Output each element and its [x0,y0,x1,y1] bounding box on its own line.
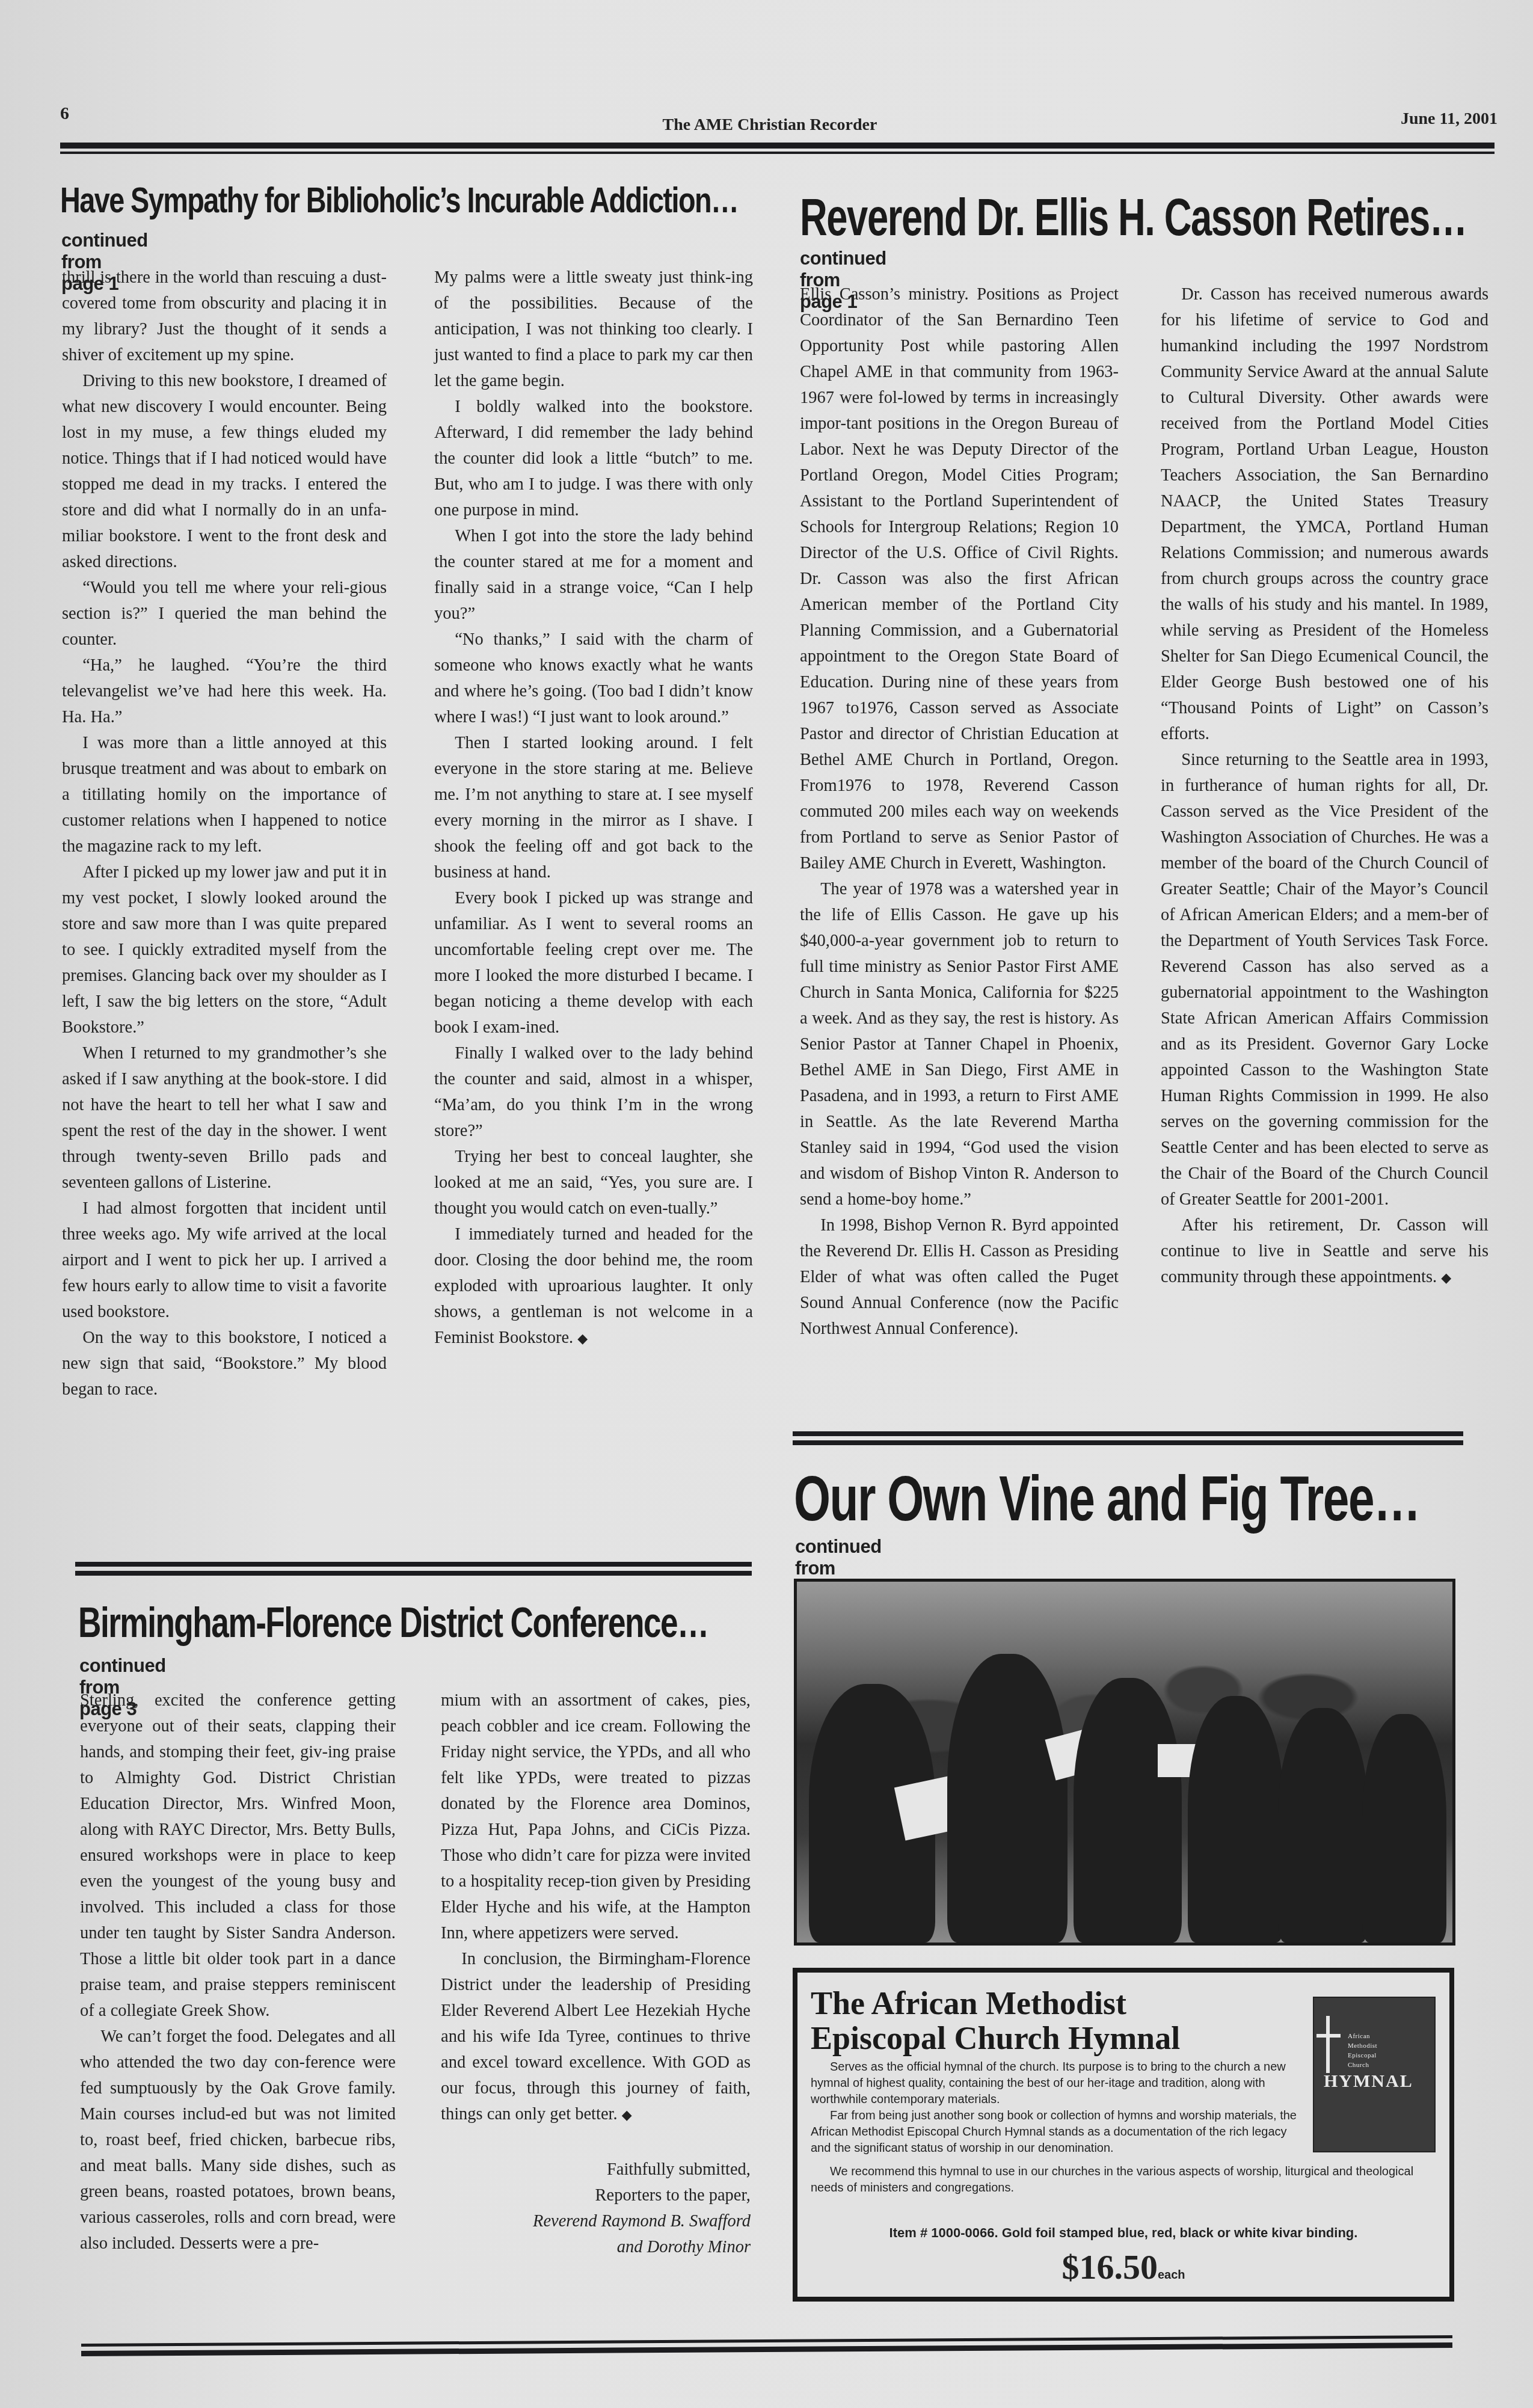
price-value: $16.50 [1061,2247,1158,2287]
paragraph: We can’t forget the food. Delegates and … [80,2024,396,2256]
section-rule-thick [793,1431,1463,1436]
ad-body: Serves as the official hymnal of the chu… [811,2059,1298,2157]
paragraph: Then I started looking around. I felt ev… [434,730,753,885]
publication-name: The AME Christian Recorder [541,115,998,135]
article-column-2: mium with an assortment of cakes, pies, … [441,1688,751,2260]
photo-figure [1188,1696,1284,1943]
paragraph: After I picked up my lower jaw and put i… [62,859,387,1040]
ad-item-details: Item # 1000-0066. Gold foil stamped blue… [797,2225,1449,2241]
page-number: 6 [60,103,69,124]
paragraph: Dr. Casson has received numerous awards … [1161,281,1488,747]
end-mark-icon: ◆ [577,1331,588,1346]
paragraph: I had almost forgotten that incident unt… [62,1196,387,1325]
paragraph: Every book I picked up was strange and u… [434,885,753,1040]
end-mark-icon: ◆ [622,2107,632,2122]
article-column-1: thrill is there in the world than rescui… [62,265,387,1402]
hymnal-advertisement: The African Methodist Episcopal Church H… [793,1968,1454,2302]
photo-figure [1074,1678,1182,1943]
section-rule-thick [75,1562,752,1567]
paragraph: “No thanks,” I said with the charm of so… [434,627,753,730]
article-column-2: Dr. Casson has received numerous awards … [1161,281,1488,1291]
price-unit: each [1158,2268,1185,2282]
cover-title: HYMNAL [1324,2071,1413,2092]
signoff-author: and Dorothy Minor [441,2234,751,2260]
cover-text: African [1348,2033,1370,2040]
paragraph: The year of 1978 was a watershed year in… [800,876,1119,1212]
article-headline: Reverend Dr. Ellis H. Casson Retires… [800,186,1467,248]
paragraph: thrill is there in the world than rescui… [62,265,387,368]
cover-text: Church [1348,2062,1369,2069]
cover-text: Episcopal [1348,2052,1377,2059]
event-photo [794,1579,1455,1946]
paragraph: I boldly walked into the bookstore. Afte… [434,394,753,523]
paragraph: I immediately turned and headed for the … [434,1225,753,1347]
paragraph: In 1998, Bishop Vernon R. Byrd appointed… [800,1212,1119,1342]
cross-icon [1316,2034,1341,2038]
paragraph: My palms were a little sweaty just think… [434,265,753,394]
paragraph: “Ha,” he laughed. “You’re the third tele… [62,653,387,730]
issue-date: June 11, 2001 [1383,109,1498,129]
ad-body: We recommend this hymnal to use in our c… [811,2164,1436,2196]
paragraph: Since returning to the Seattle area in 1… [1161,747,1488,1212]
paragraph: Finally I walked over to the lady behind… [434,1040,753,1144]
paragraph: Trying her best to conceal laughter, she… [434,1144,753,1221]
paragraph: “Would you tell me where your reli-gious… [62,575,387,653]
paragraph: In conclusion, the Birmingham-Florence D… [441,1950,751,2124]
signoff-line: Faithfully submitted, [441,2157,751,2182]
paragraph: After his retirement, Dr. Casson will co… [1161,1216,1488,1286]
header-rule-thick [60,143,1495,149]
paragraph: When I returned to my grandmother’s she … [62,1040,387,1196]
paragraph: Sterling, excited the conference getting… [80,1688,396,2024]
article-column-2: My palms were a little sweaty just think… [434,265,753,1351]
signoff-author: Reverend Raymond B. Swafford [441,2208,751,2234]
header-rule-thin [60,152,1495,154]
paragraph: Driving to this new bookstore, I dreamed… [62,368,387,575]
ad-paragraph: We recommend this hymnal to use in our c… [811,2164,1436,2196]
section-rule-thick [75,1571,752,1576]
photo-figure [1362,1714,1446,1943]
article-headline: Have Sympathy for Biblioholic’s Incurabl… [60,179,738,221]
section-rule-thick [793,1440,1463,1445]
photo-figure [1278,1708,1368,1943]
ad-paragraph: Far from being just another song book or… [811,2108,1298,2157]
ad-title-line: Episcopal Church Hymnal [811,2021,1180,2056]
ad-title-line: The African Methodist [811,1986,1126,2021]
paragraph: On the way to this bookstore, I noticed … [62,1325,387,1402]
article-column-1: Ellis Casson’s ministry. Positions as Pr… [800,281,1119,1342]
paragraph: I was more than a little annoyed at this… [62,730,387,859]
paragraph: mium with an assortment of cakes, pies, … [441,1688,751,1946]
hymnal-cover-image: African Methodist Episcopal Church HYMNA… [1313,1997,1436,2152]
newspaper-page: 6 The AME Christian Recorder June 11, 20… [0,0,1533,2408]
photo-figure [947,1654,1068,1943]
signoff: Faithfully submitted, Reporters to the p… [441,2157,751,2260]
cross-icon [1326,2016,1330,2073]
cover-text: Methodist [1348,2042,1377,2050]
signoff-line: Reporters to the paper, [441,2182,751,2208]
article-headline: Our Own Vine and Fig Tree… [794,1463,1420,1535]
ad-paragraph: Serves as the official hymnal of the chu… [811,2059,1298,2108]
ad-price: $16.50each [797,2247,1449,2287]
article-column-1: Sterling, excited the conference getting… [80,1688,396,2256]
article-headline: Birmingham-Florence District Conference… [78,1599,708,1647]
paragraph: Ellis Casson’s ministry. Positions as Pr… [800,281,1119,876]
paragraph: When I got into the store the lady behin… [434,523,753,627]
end-mark-icon: ◆ [1441,1270,1451,1285]
